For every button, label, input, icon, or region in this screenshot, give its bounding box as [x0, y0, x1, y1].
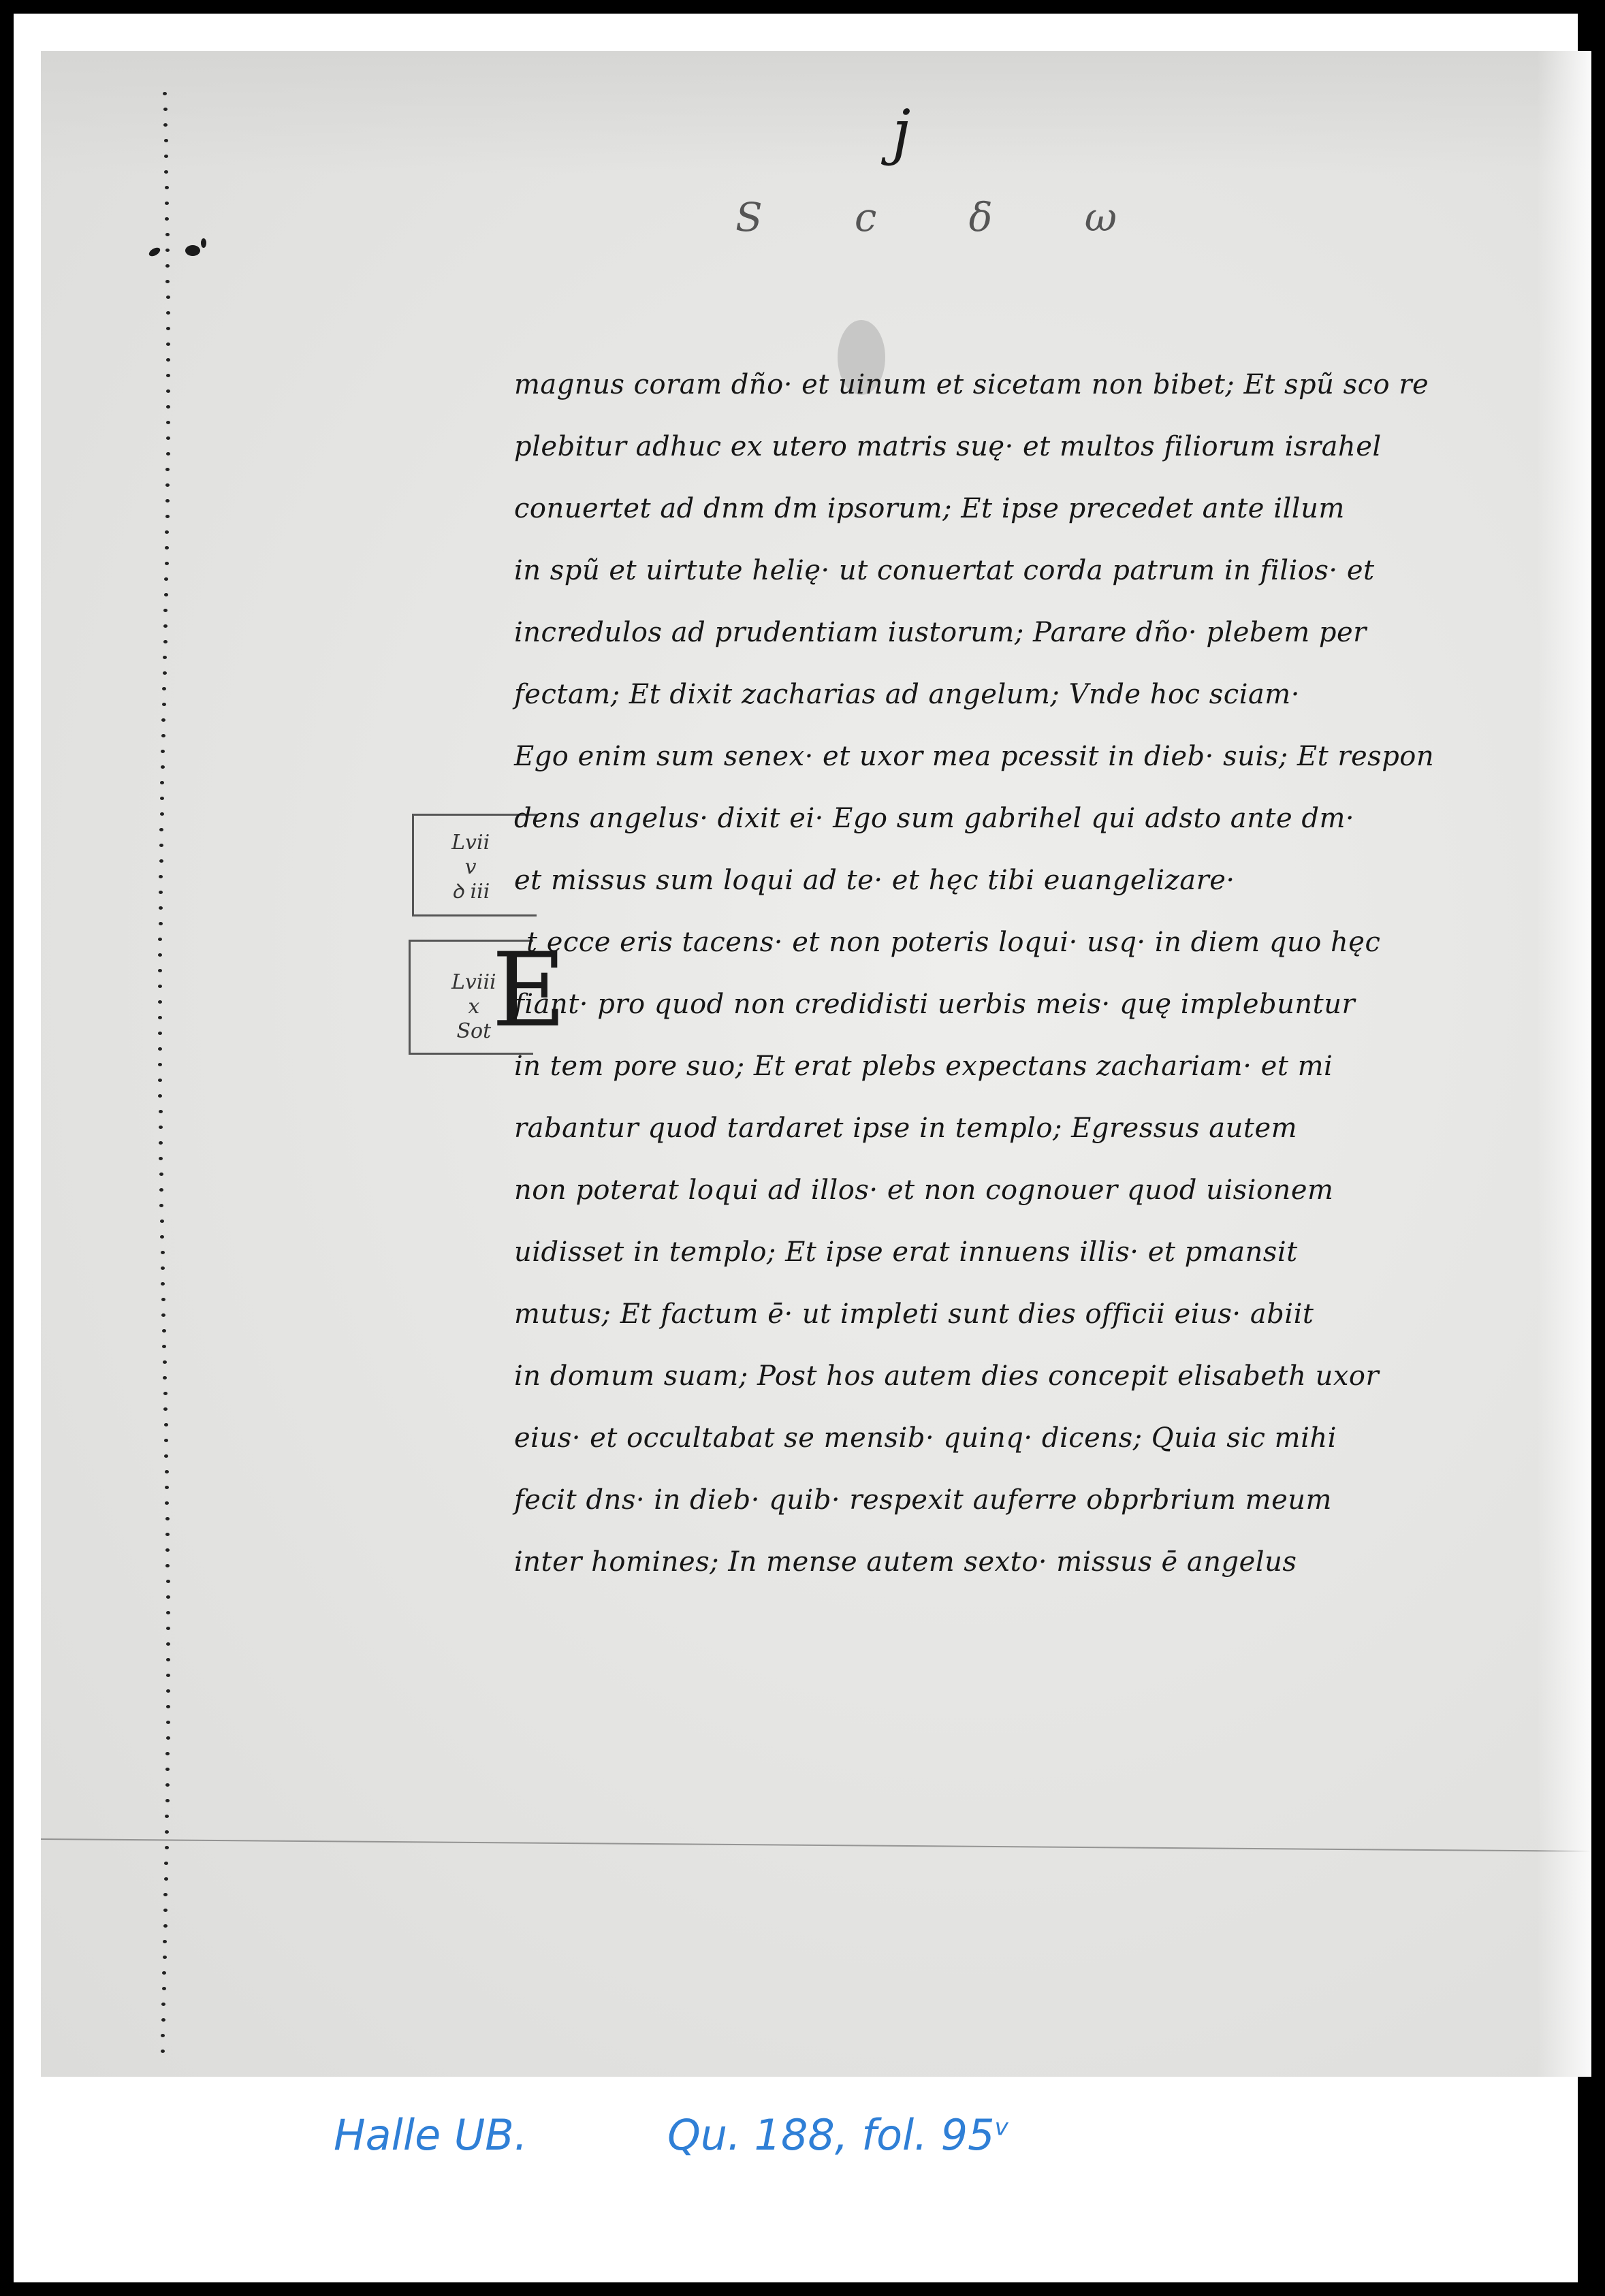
- photo-mount: j S c δ ω Lvii v ꝺ iii Lviii x Sot E mag…: [14, 14, 1578, 2282]
- prick-mark: [162, 1987, 166, 1990]
- prick-mark: [165, 1830, 169, 1834]
- prick-mark: [166, 358, 170, 362]
- prick-mark: [163, 1940, 167, 1943]
- prick-mark: [165, 1501, 169, 1505]
- prick-mark: [159, 1110, 163, 1113]
- caption-shelfmark-text: Qu. 188, fol. 95: [667, 2110, 995, 2160]
- prick-mark: [165, 1470, 169, 1473]
- prick-mark: [161, 765, 165, 769]
- prick-mark: [166, 1705, 170, 1708]
- marginal-note: Lviii x Sot: [451, 970, 496, 1044]
- prick-mark: [159, 875, 163, 878]
- prick-mark: [160, 1219, 164, 1223]
- prick-mark: [166, 452, 170, 456]
- prick-mark: [160, 781, 164, 784]
- text-line: mutus; Et factum ē· ut impleti sunt dies…: [514, 1283, 1481, 1345]
- text-line: plebitur adhuc ex utero matris suę· et m…: [514, 416, 1481, 478]
- prick-mark: [165, 499, 170, 503]
- prick-mark: [163, 1956, 167, 1959]
- prick-mark: [159, 844, 163, 847]
- prick-mark: [165, 515, 170, 518]
- prick-mark: [158, 1047, 162, 1051]
- prick-mark: [166, 389, 170, 393]
- prick-mark: [163, 656, 167, 659]
- prick-mark: [158, 938, 162, 941]
- text-line: t ecce eris tacens· et non poteris loqui…: [514, 912, 1481, 974]
- prick-mark: [161, 2050, 165, 2053]
- text-block: magnus coram dño· et uinum et sicetam no…: [514, 354, 1481, 1593]
- prick-mark: [163, 1407, 168, 1411]
- prick-mark: [165, 1846, 169, 1849]
- prick-mark: [165, 186, 169, 189]
- prick-mark: [161, 1298, 165, 1301]
- prick-mark: [162, 703, 166, 706]
- prick-mark: [162, 1329, 166, 1333]
- prick-mark: [163, 108, 168, 111]
- prick-mark: [164, 1454, 168, 1458]
- prick-mark: [162, 1345, 166, 1348]
- prick-mark: [165, 530, 169, 534]
- folio-mark: j: [892, 102, 910, 162]
- text-line: fecit dns· in dieb· quib· respexit aufer…: [514, 1469, 1481, 1531]
- prick-mark: [165, 1799, 170, 1802]
- prick-mark: [165, 483, 170, 487]
- prick-mark: [161, 2018, 165, 2022]
- prick-mark: [165, 468, 170, 471]
- ink-blot: [148, 246, 162, 258]
- prick-mark: [158, 985, 162, 988]
- caption-shelfmark: Qu. 188, fol. 95v: [667, 2114, 1008, 2156]
- prick-mark: [160, 1235, 164, 1239]
- prick-mark: [166, 1595, 170, 1599]
- prick-mark: [159, 1141, 163, 1145]
- prick-mark: [158, 953, 162, 957]
- ruling-line: [41, 1838, 1591, 1852]
- prick-mark: [166, 405, 170, 409]
- prick-mark: [161, 750, 165, 753]
- top-shadow: [41, 51, 1591, 174]
- prick-mark: [164, 1862, 168, 1865]
- prick-mark: [165, 1752, 170, 1755]
- prick-mark: [165, 202, 169, 205]
- running-head-letter: ω: [1085, 197, 1117, 237]
- prick-mark: [165, 546, 169, 549]
- prick-mark: [164, 1423, 168, 1426]
- text-line: fiant· pro quod non credidisti uerbis me…: [514, 974, 1481, 1036]
- running-head-letter: δ: [969, 197, 993, 237]
- prick-mark: [166, 327, 170, 330]
- prick-mark: [159, 891, 163, 894]
- prick-mark: [161, 2034, 165, 2037]
- prick-mark: [158, 1063, 162, 1066]
- prick-mark: [158, 1032, 162, 1035]
- prick-mark: [160, 812, 164, 816]
- prick-mark: [165, 1533, 170, 1536]
- prick-mark: [158, 969, 162, 972]
- prick-mark: [159, 1157, 163, 1160]
- marginal-note-line: ꝺ iii: [451, 880, 490, 904]
- caption-verso-mark: v: [995, 2114, 1008, 2141]
- prick-mark: [166, 311, 170, 315]
- text-line: eius· et occultabat se mensib· quinq· di…: [514, 1407, 1481, 1469]
- running-head-letter: c: [855, 197, 876, 237]
- prick-mark: [161, 1251, 165, 1254]
- prick-mark: [164, 577, 168, 581]
- prick-mark: [159, 828, 163, 831]
- prick-mark: [165, 1517, 170, 1520]
- prick-mark: [159, 859, 163, 863]
- prick-mark: [165, 1486, 169, 1489]
- prick-mark: [165, 1548, 170, 1552]
- prick-mark: [165, 264, 170, 268]
- prick-mark: [166, 1721, 170, 1724]
- prick-mark: [164, 139, 168, 142]
- marginal-note-line: Lviii: [451, 970, 496, 995]
- prick-mark: [164, 1877, 168, 1881]
- prick-mark: [166, 1627, 170, 1630]
- prick-mark: [158, 1000, 162, 1004]
- prick-mark: [162, 687, 166, 690]
- prick-mark: [161, 1266, 165, 1270]
- prick-mark: [161, 718, 165, 722]
- prick-mark: [163, 640, 168, 643]
- prick-mark: [163, 1909, 168, 1912]
- prick-mark: [166, 1580, 170, 1583]
- prick-mark: [166, 1642, 170, 1646]
- prick-mark: [166, 296, 170, 299]
- text-line: dens angelus· dixit ei· Ego sum gabrihel…: [514, 788, 1481, 850]
- prick-mark: [163, 1893, 168, 1896]
- marginal-note-line: Sot: [451, 1019, 496, 1044]
- ink-blot: [201, 238, 206, 248]
- text-line: conuertet ad dnm dm ipsorum; Et ipse pre…: [514, 478, 1481, 540]
- text-line: magnus coram dño· et uinum et sicetam no…: [514, 354, 1481, 416]
- text-line: non poterat loqui ad illos· et non cogno…: [514, 1160, 1481, 1222]
- prick-mark: [163, 624, 168, 628]
- prick-mark: [166, 1689, 170, 1693]
- marginal-note-line: x: [451, 995, 496, 1019]
- text-line: incredulos ad prudentiam iustorum; Parar…: [514, 602, 1481, 664]
- prick-mark: [163, 671, 167, 675]
- running-head-letter: S: [735, 197, 763, 237]
- prick-mark: [166, 421, 170, 424]
- prick-mark: [164, 155, 168, 158]
- prick-mark: [160, 797, 164, 800]
- prick-mark: [165, 280, 170, 283]
- text-line: inter homines; In mense autem sexto· mis…: [514, 1531, 1481, 1593]
- prick-mark: [164, 1439, 168, 1442]
- prick-mark: [165, 1815, 169, 1818]
- prick-mark: [165, 1783, 170, 1787]
- prick-mark: [166, 1611, 170, 1614]
- text-line: et missus sum loqui ad te· et hęc tibi e…: [514, 850, 1481, 912]
- prick-mark: [166, 1658, 170, 1661]
- marginal-note-line: Lvii: [451, 831, 490, 855]
- text-line: rabantur quod tardaret ipse in templo; E…: [514, 1098, 1481, 1160]
- text-line: in domum suam; Post hos autem dies conce…: [514, 1345, 1481, 1407]
- prick-mark: [159, 906, 163, 910]
- prick-mark: [163, 1360, 167, 1364]
- prick-mark: [166, 1674, 170, 1677]
- prick-mark: [161, 1313, 165, 1317]
- prick-mark: [166, 342, 170, 346]
- prick-mark: [165, 1768, 170, 1771]
- prick-mark: [165, 233, 170, 236]
- prick-mark: [163, 1924, 168, 1928]
- prick-mark: [161, 2003, 165, 2006]
- manuscript-photo: j S c δ ω Lvii v ꝺ iii Lviii x Sot E mag…: [41, 51, 1591, 2077]
- text-line: in tem pore suo; Et erat plebs expectans…: [514, 1036, 1481, 1098]
- prick-mark: [159, 1204, 163, 1207]
- text-line: in spũ et uirtute helię· ut conuertat co…: [514, 540, 1481, 602]
- running-head: S c δ ω: [735, 197, 1117, 237]
- prick-mark: [165, 249, 170, 252]
- caption-library: Halle UB.: [334, 2114, 528, 2156]
- prick-mark: [165, 217, 169, 221]
- prick-mark: [164, 593, 168, 596]
- ink-blot: [185, 245, 200, 256]
- prick-mark: [162, 1971, 166, 1975]
- prick-mark: [163, 1376, 167, 1380]
- prick-mark: [159, 1126, 163, 1129]
- text-line: fectam; Et dixit zacharias ad angelum; V…: [514, 664, 1481, 726]
- prick-mark: [166, 436, 170, 440]
- prick-mark: [163, 609, 168, 612]
- marginal-note-line: v: [451, 855, 490, 880]
- prick-mark: [159, 1173, 163, 1176]
- prick-mark: [159, 1188, 163, 1192]
- prick-mark: [165, 1564, 170, 1567]
- prick-mark: [166, 1736, 170, 1740]
- prick-mark: [159, 922, 163, 925]
- text-line: Ego enim sum senex· et uxor mea pcessit …: [514, 726, 1481, 788]
- prick-mark: [163, 1392, 168, 1395]
- prick-mark: [161, 1282, 165, 1286]
- prick-mark: [158, 1094, 162, 1098]
- marginal-note: Lvii v ꝺ iii: [451, 831, 490, 904]
- prick-mark: [161, 734, 165, 737]
- prick-mark: [158, 1079, 162, 1082]
- prick-mark: [166, 374, 170, 377]
- text-line: uidisset in templo; Et ipse erat innuens…: [514, 1222, 1481, 1283]
- prick-mark: [158, 1016, 162, 1019]
- prick-mark: [165, 562, 169, 565]
